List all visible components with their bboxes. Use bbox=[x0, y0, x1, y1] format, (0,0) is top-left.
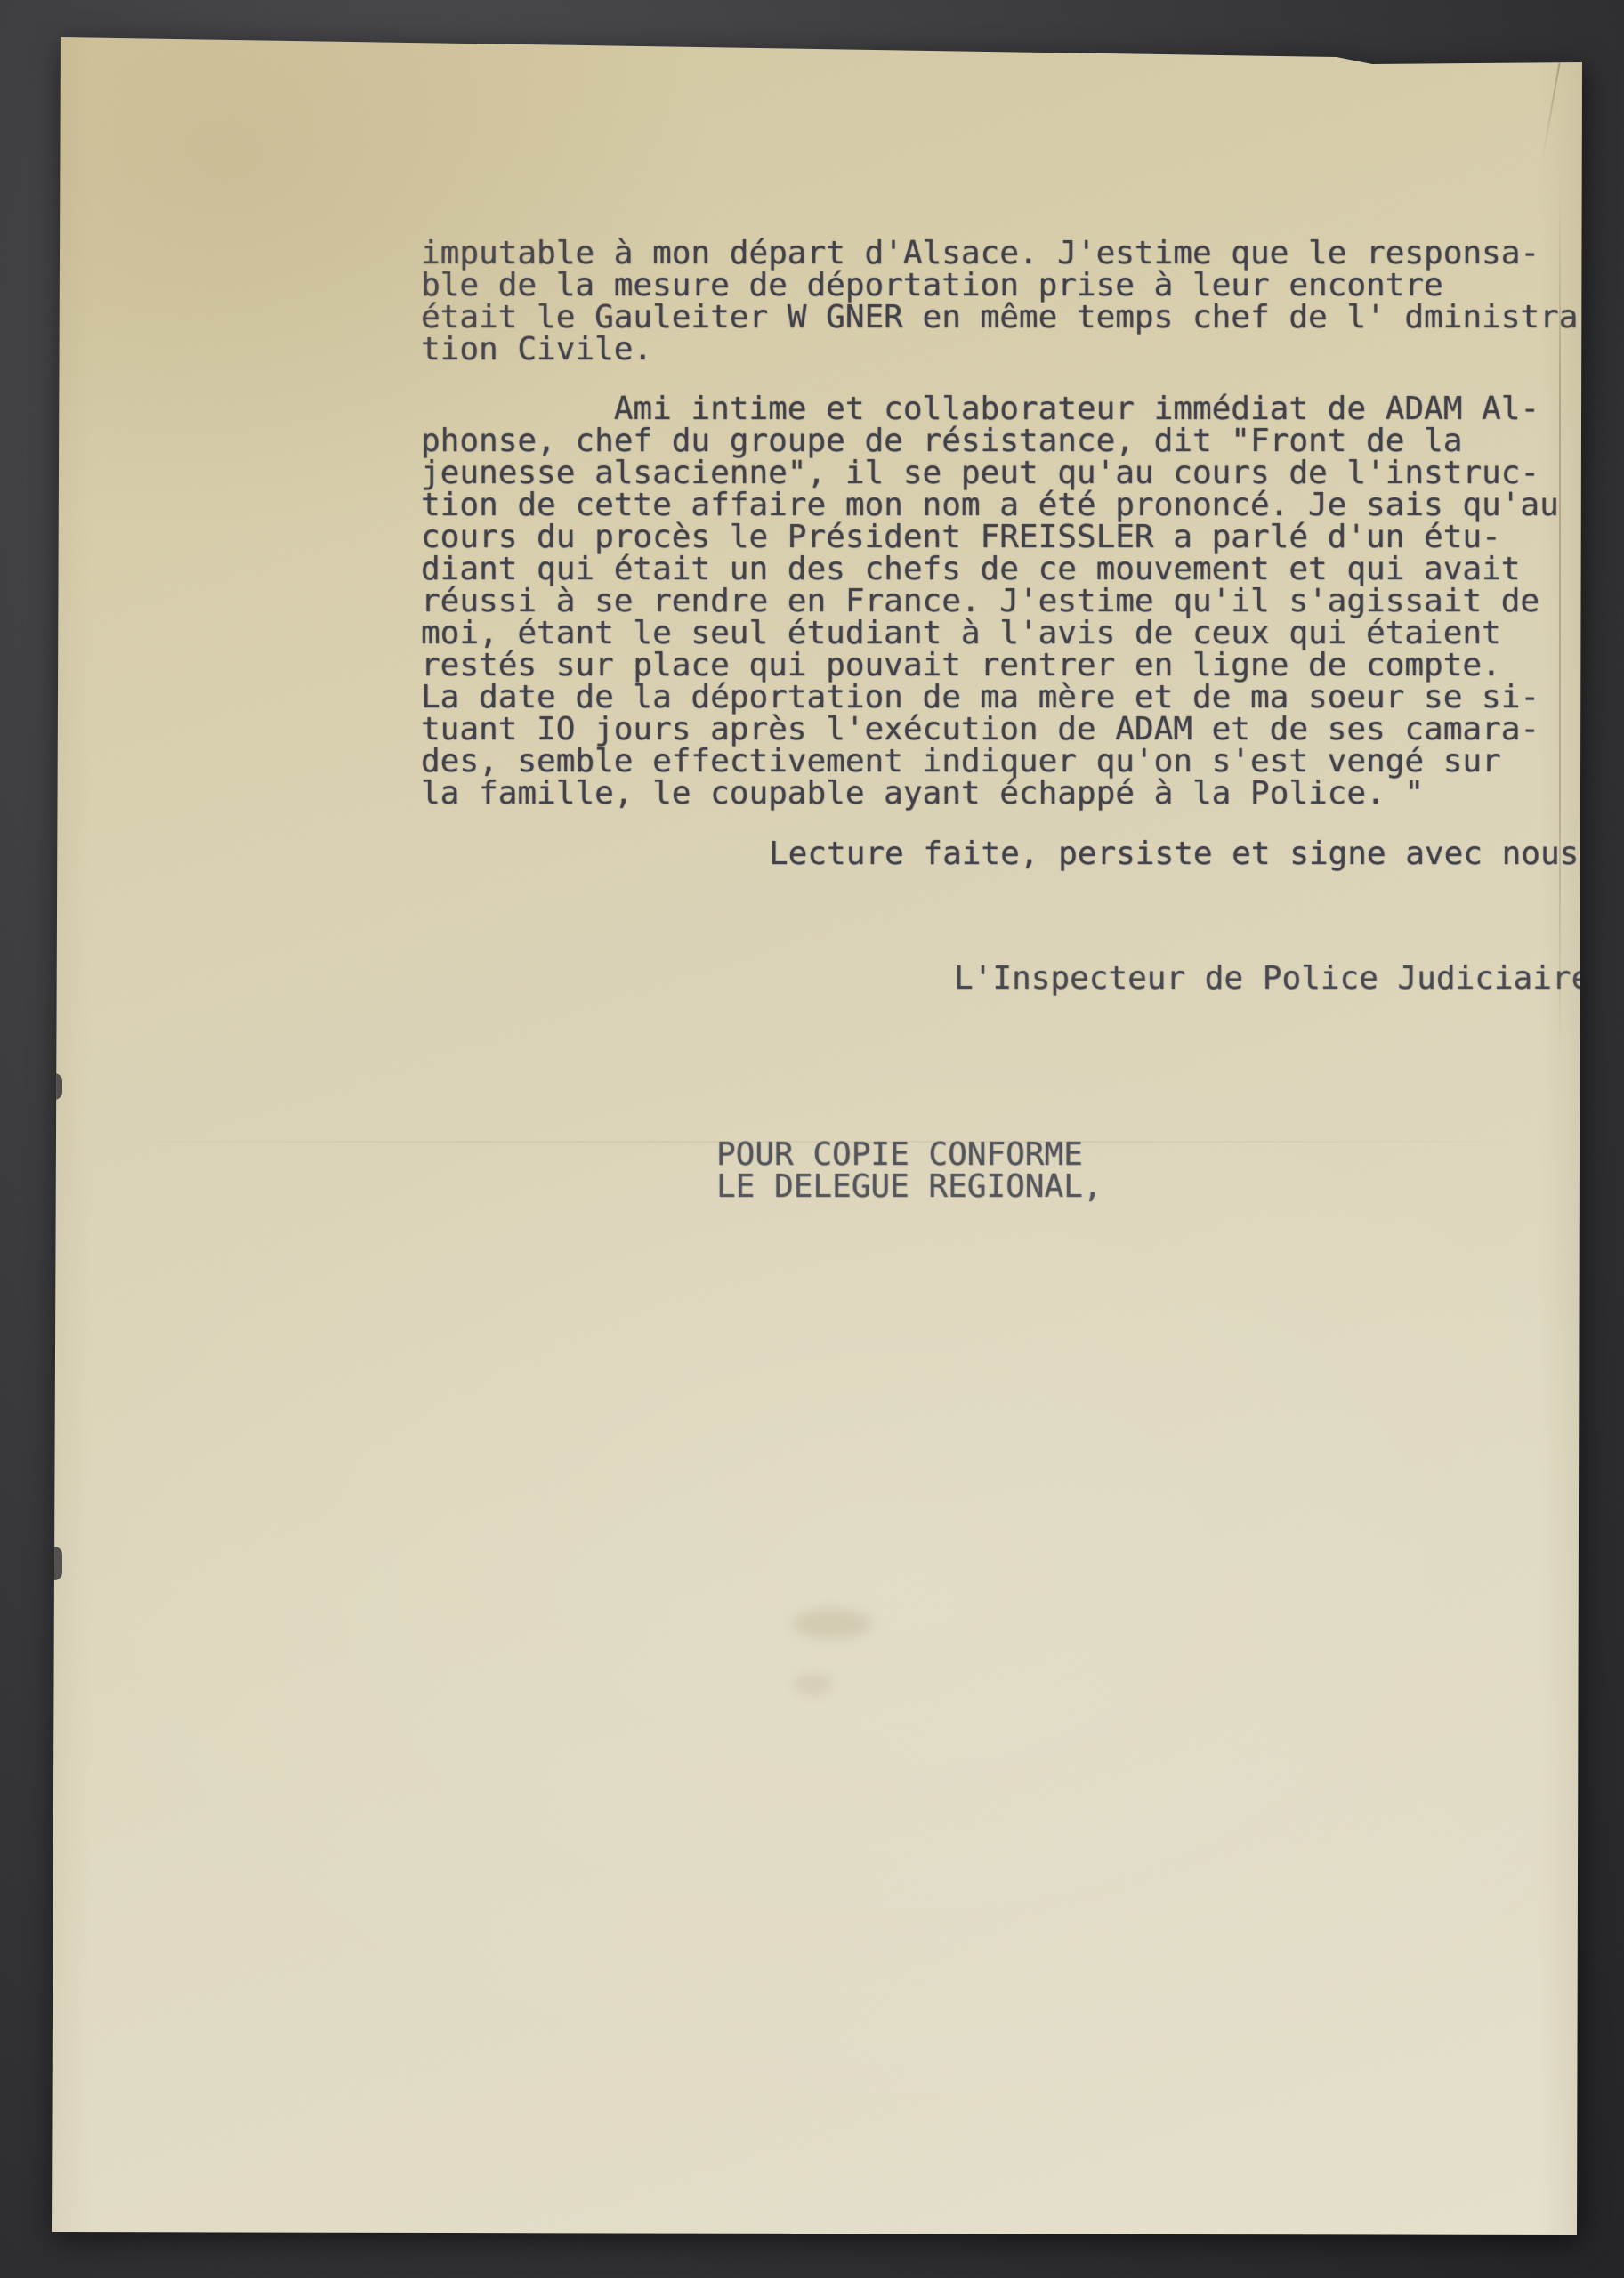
left-edge-tear-notch bbox=[48, 1547, 62, 1580]
copy-certification-stamp: POUR COPIE CONFORME LE DELEGUE REGIONAL, bbox=[716, 1139, 1102, 1203]
document-page: imputable à mon départ d'Alsace. J'estim… bbox=[44, 27, 1586, 2244]
paper-sheet-wrapper: imputable à mon départ d'Alsace. J'estim… bbox=[44, 27, 1586, 2244]
ink-ghost-smudge bbox=[792, 1609, 872, 1639]
scanned-document-scene: imputable à mon départ d'Alsace. J'estim… bbox=[0, 0, 1624, 2278]
closing-statement-line: Lecture faite, persiste et signe avec no… bbox=[769, 838, 1598, 870]
inspector-signature-line: L'Inspecteur de Police Judiciaire bbox=[954, 963, 1590, 995]
ink-ghost-smudge bbox=[794, 1673, 833, 1696]
left-edge-tear-notch bbox=[48, 1073, 62, 1100]
paragraph-resistance-testimony: Ami intime et collaborateur immédiat de … bbox=[421, 393, 1559, 810]
paper-corner-crack bbox=[1541, 63, 1560, 160]
paragraph-deportation-responsibility: imputable à mon départ d'Alsace. J'estim… bbox=[421, 238, 1597, 366]
